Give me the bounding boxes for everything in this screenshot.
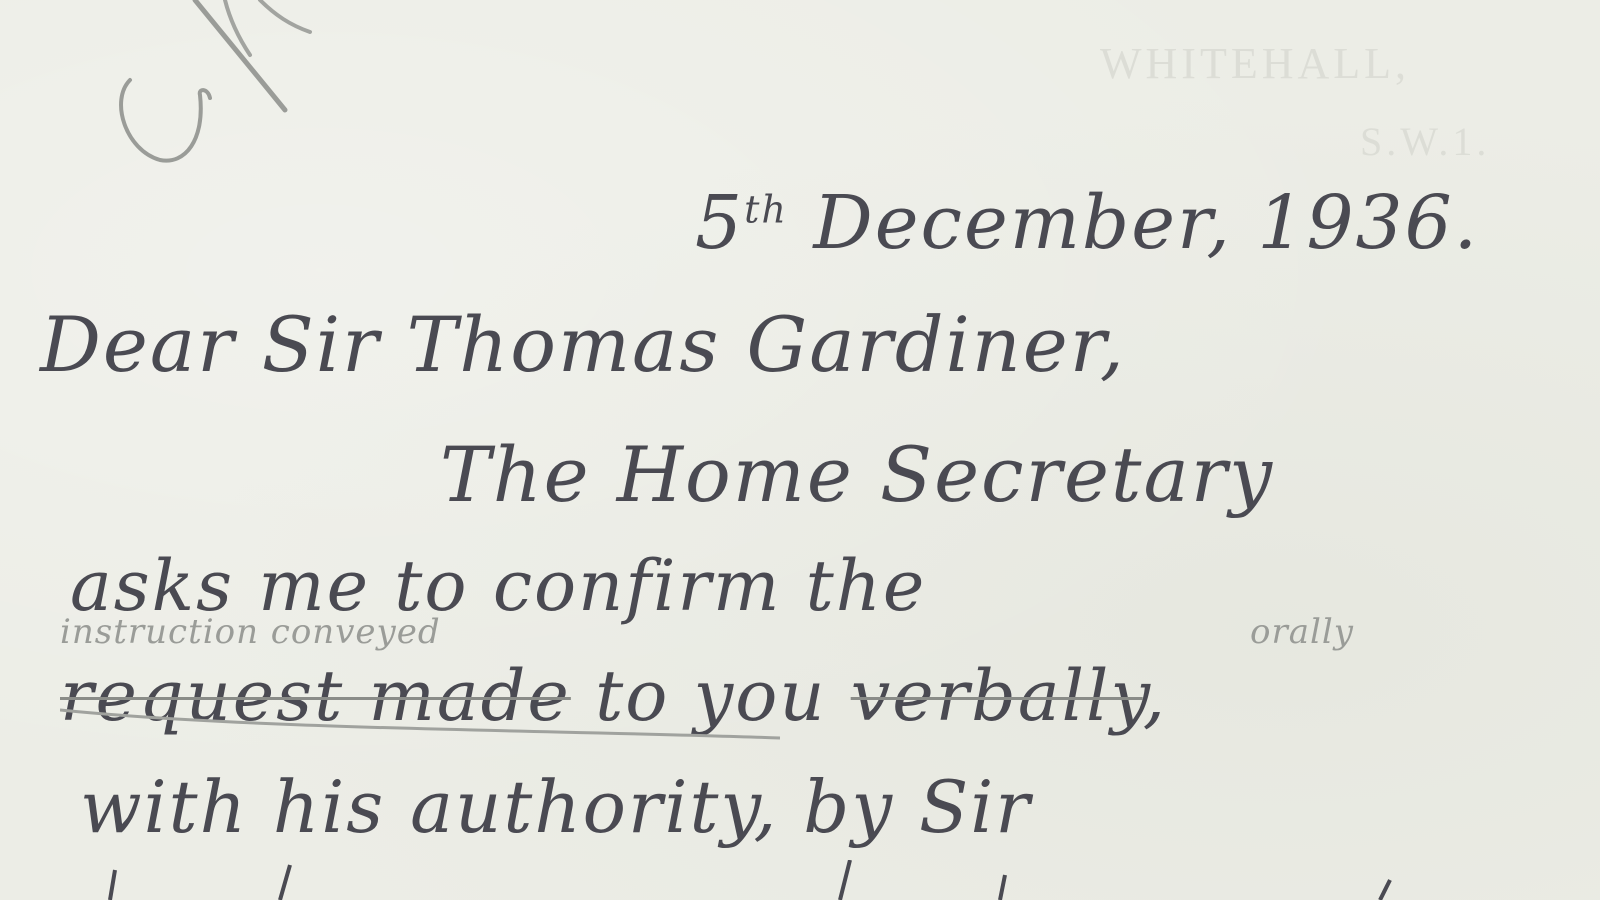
letterhead-line-1: WHITEHALL,: [1100, 38, 1410, 89]
pencil-insert-instruction-conveyed: instruction conveyed: [60, 612, 441, 652]
body-line-1: The Home Secretary: [440, 430, 1274, 519]
pencil-initials-scribble: [100, 0, 330, 170]
body-line-4: with his authority, by Sir: [80, 765, 1032, 849]
cut-off-next-line: [0, 860, 1600, 900]
struck-word-verbally: verbally: [851, 655, 1143, 737]
pencil-insert-orally: orally: [1250, 612, 1354, 652]
date-suffix: th: [744, 187, 788, 231]
date-month-year: December, 1936.: [813, 180, 1479, 266]
pencil-strike-line: [60, 700, 800, 750]
date-day: 5: [695, 180, 744, 266]
comma: ,: [1143, 655, 1167, 737]
letterhead-line-2: S.W.1.: [1360, 118, 1490, 165]
letter-date: 5th December, 1936.: [695, 180, 1479, 266]
salutation: Dear Sir Thomas Gardiner,: [40, 300, 1126, 389]
